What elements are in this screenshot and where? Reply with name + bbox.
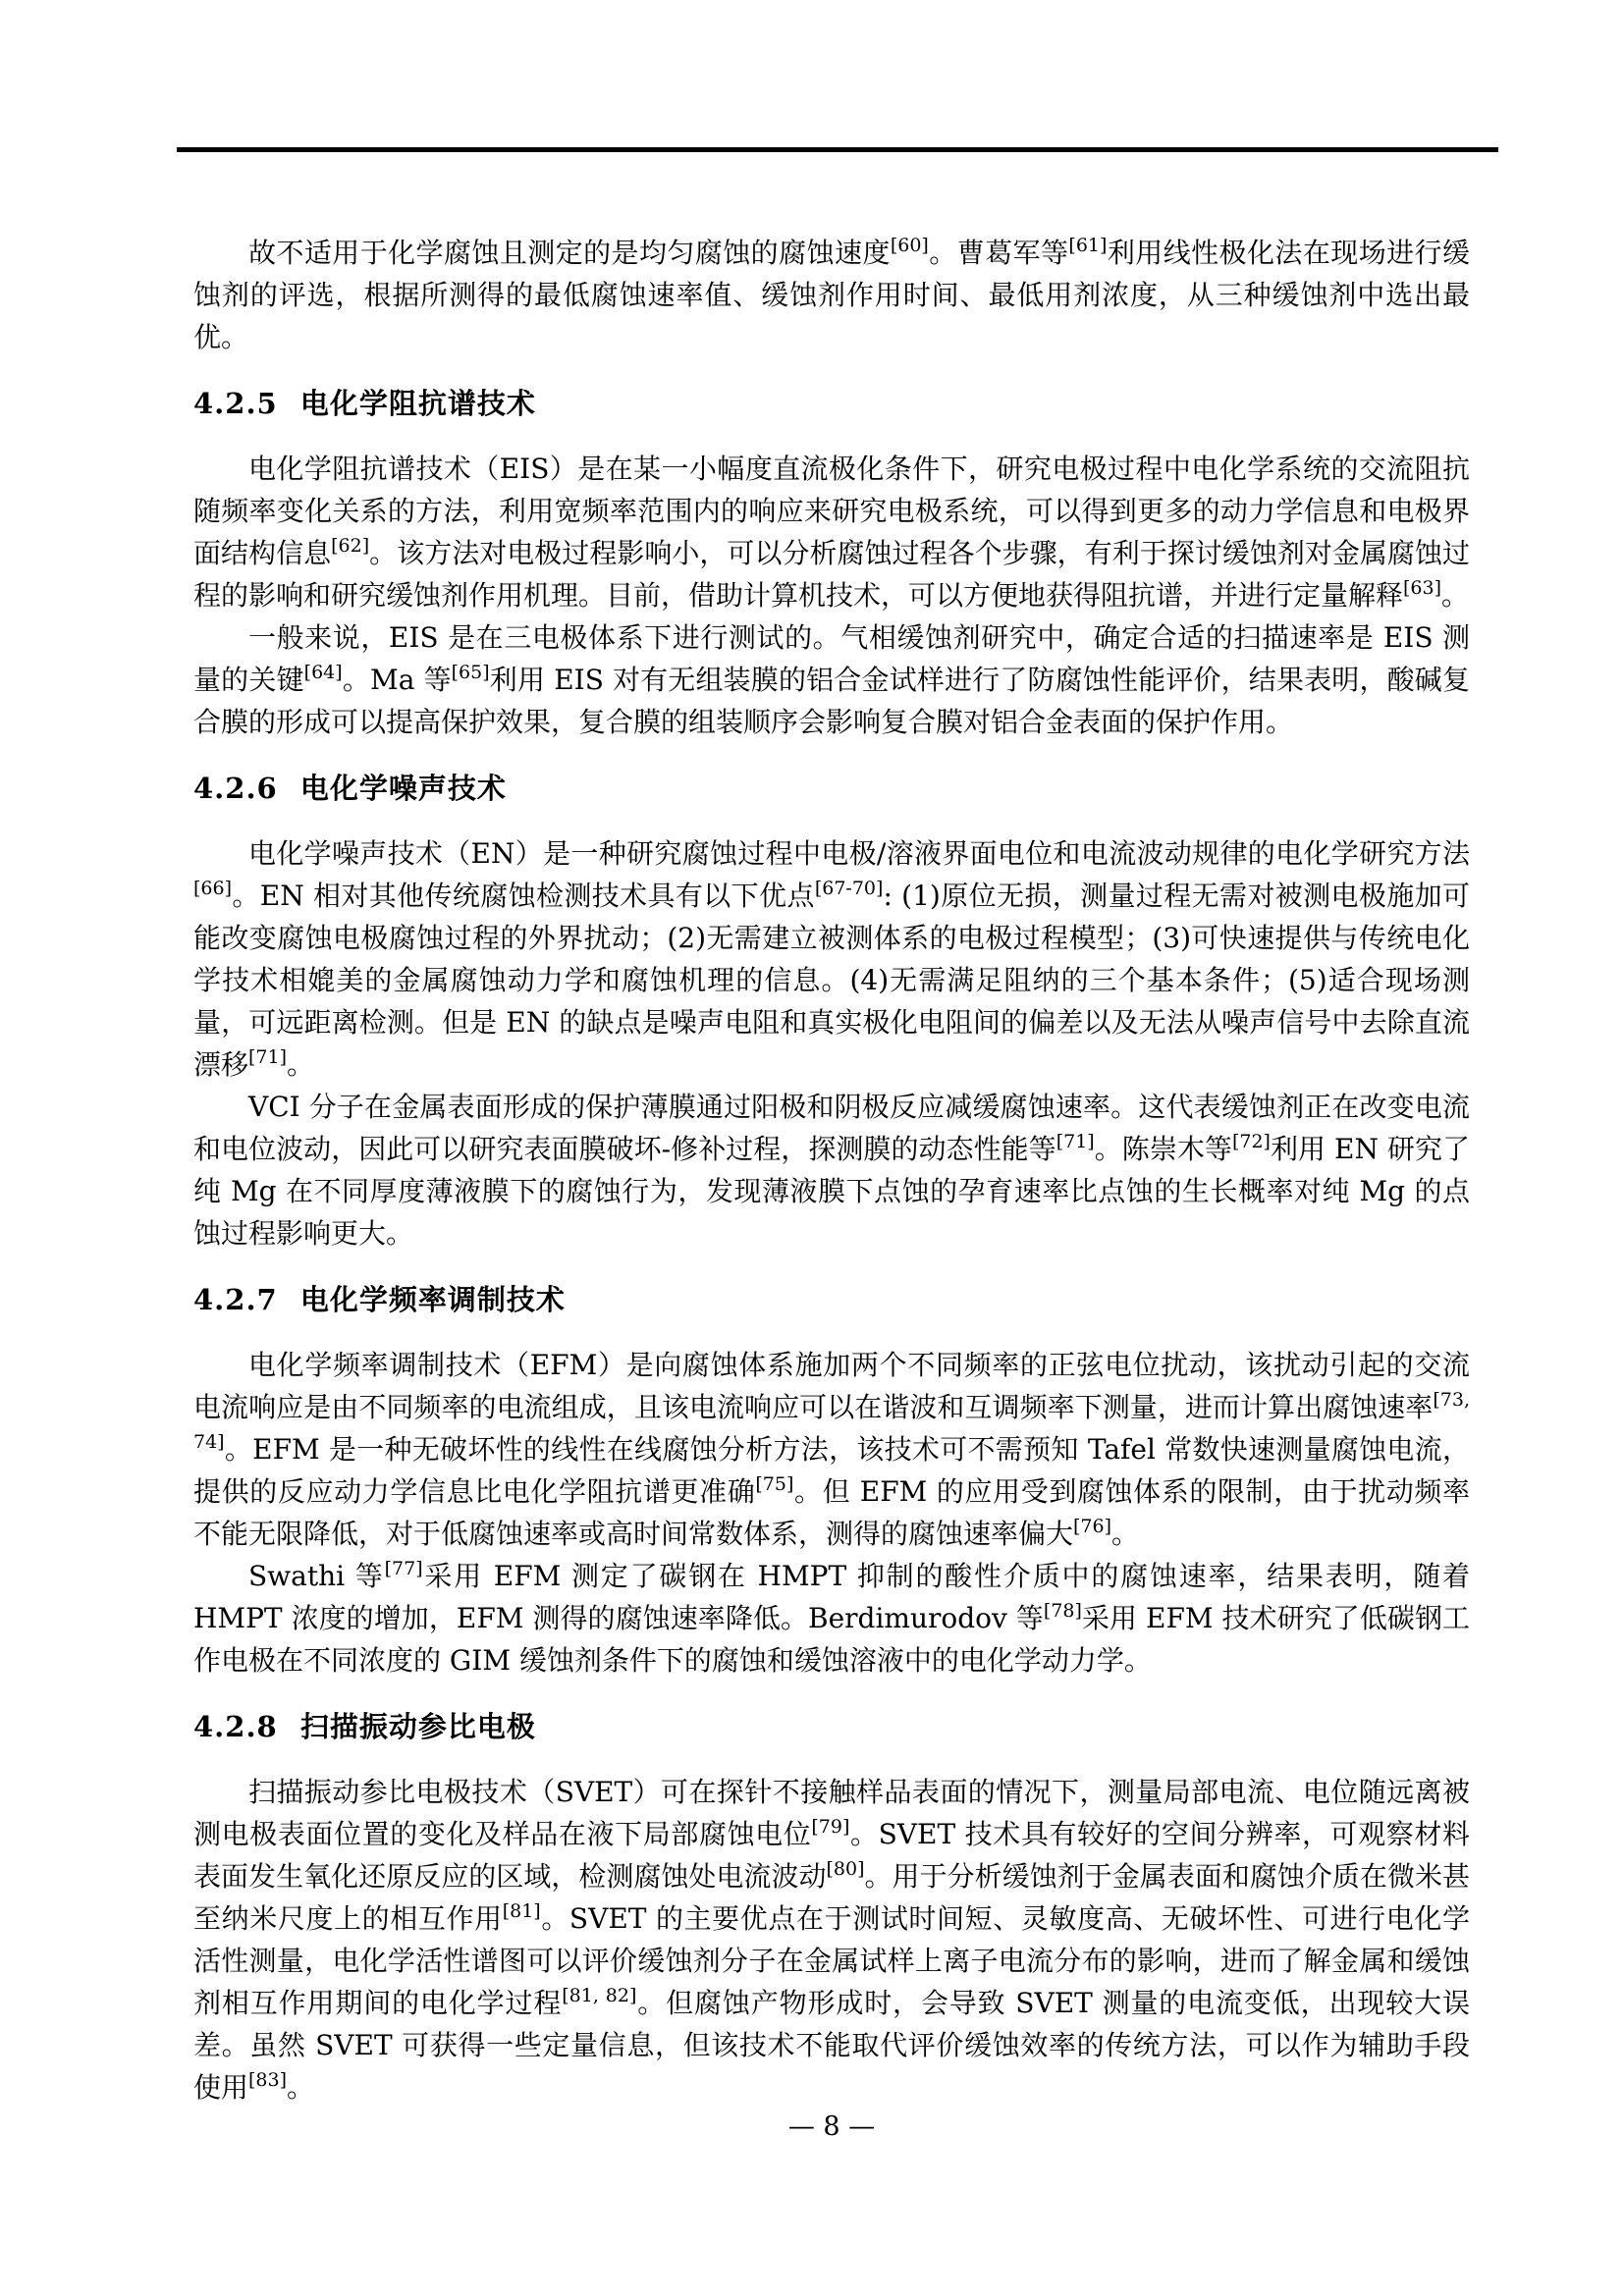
section-number: 4.2.5: [193, 387, 278, 420]
text-run: 电化学噪声技术（EN）是一种研究腐蚀过程中电极/溶液界面电位和电流波动规律的电化…: [248, 837, 1470, 870]
section-title: 电化学频率调制技术: [300, 1283, 566, 1316]
citation-ref: [71]: [1056, 1131, 1095, 1152]
section-title: 电化学阻抗谱技术: [300, 387, 536, 420]
citation-ref: [64]: [304, 662, 343, 683]
paragraph: 故不适用于化学腐蚀且测定的是均匀腐蚀的腐蚀速度[60]。曹葛军等[61]利用线性…: [193, 232, 1470, 358]
section-number: 4.2.6: [193, 772, 278, 805]
document-page: 故不适用于化学腐蚀且测定的是均匀腐蚀的腐蚀速度[60]。曹葛军等[61]利用线性…: [0, 0, 1624, 2296]
text-run: 。: [287, 2071, 314, 2104]
text-run: 。: [1441, 579, 1469, 612]
citation-ref: [60]: [891, 235, 929, 256]
paragraph: 扫描振动参比电极技术（SVET）可在探针不接触样品表面的情况下，测量局部电流、电…: [193, 1771, 1470, 2109]
paragraph: 一般来说，EIS 是在三电极体系下进行测试的。气相缓蚀剂研究中，确定合适的扫描速…: [193, 616, 1470, 743]
paragraph: 电化学阻抗谱技术（EIS）是在某一小幅度直流极化条件下，研究电极过程中电化学系统…: [193, 448, 1470, 616]
paragraph: Swathi 等[77]采用 EFM 测定了碳钢在 HMPT 抑制的酸性介质中的…: [193, 1555, 1470, 1682]
section-heading-4-2-5: 4.2.5 电化学阻抗谱技术: [193, 383, 1470, 425]
citation-ref: [75]: [755, 1473, 793, 1495]
document-body: 故不适用于化学腐蚀且测定的是均匀腐蚀的腐蚀速度[60]。曹葛军等[61]利用线性…: [193, 232, 1470, 2109]
citation-ref: [83]: [248, 2069, 287, 2091]
text-run: 。曹葛军等: [929, 237, 1069, 269]
citation-ref: [81, 82]: [562, 1985, 636, 2006]
citation-ref: [78]: [1044, 1600, 1082, 1622]
text-run: 。陈崇木等: [1095, 1133, 1232, 1165]
text-run: 。该方法对电极过程影响小，可以分析腐蚀过程各个步骤，有利于探讨缓蚀剂对金属腐蚀过…: [193, 537, 1470, 612]
citation-ref: [80]: [827, 1858, 865, 1880]
page-number: — 8 —: [193, 2108, 1470, 2147]
section-heading-4-2-8: 4.2.8 扫描振动参比电极: [193, 1706, 1470, 1748]
citation-ref: [65]: [452, 662, 490, 683]
section-heading-4-2-6: 4.2.6 电化学噪声技术: [193, 768, 1470, 810]
citation-ref: [81]: [503, 1900, 541, 1922]
text-run: 。: [1111, 1518, 1139, 1550]
section-title: 扫描振动参比电极: [300, 1710, 536, 1743]
text-run: 。: [287, 1048, 314, 1081]
citation-ref: [71]: [248, 1046, 287, 1068]
header-rule: [177, 147, 1498, 152]
text-run: 。EN 相对其他传统腐蚀检测技术具有以下优点: [232, 880, 815, 912]
citation-ref: [77]: [385, 1558, 423, 1579]
paragraph: 电化学频率调制技术（EFM）是向腐蚀体系施加两个不同频率的正弦电位扰动，该扰动引…: [193, 1344, 1470, 1555]
paragraph: 电化学噪声技术（EN）是一种研究腐蚀过程中电极/溶液界面电位和电流波动规律的电化…: [193, 832, 1470, 1086]
text-run: 。Ma 等: [343, 664, 452, 696]
section-number: 4.2.7: [193, 1283, 278, 1316]
citation-ref: [66]: [193, 878, 232, 899]
paragraph: VCI 分子在金属表面形成的保护薄膜通过阳极和阴极反应减缓腐蚀速率。这代表缓蚀剂…: [193, 1086, 1470, 1255]
citation-ref: [79]: [811, 1816, 849, 1838]
section-title: 电化学噪声技术: [300, 772, 507, 805]
section-heading-4-2-7: 4.2.7 电化学频率调制技术: [193, 1279, 1470, 1321]
section-number: 4.2.8: [193, 1710, 278, 1743]
citation-ref: [61]: [1068, 235, 1107, 256]
citation-ref: [67-70]: [815, 878, 884, 899]
text-run: 电化学频率调制技术（EFM）是向腐蚀体系施加两个不同频率的正弦电位扰动，该扰动引…: [193, 1349, 1470, 1423]
citation-ref: [72]: [1232, 1131, 1271, 1152]
citation-ref: [76]: [1073, 1516, 1111, 1537]
text-run: 故不适用于化学腐蚀且测定的是均匀腐蚀的腐蚀速度: [248, 237, 891, 269]
text-run: Swathi 等: [248, 1560, 385, 1592]
citation-ref: [62]: [331, 535, 369, 557]
citation-ref: [63]: [1403, 577, 1441, 599]
